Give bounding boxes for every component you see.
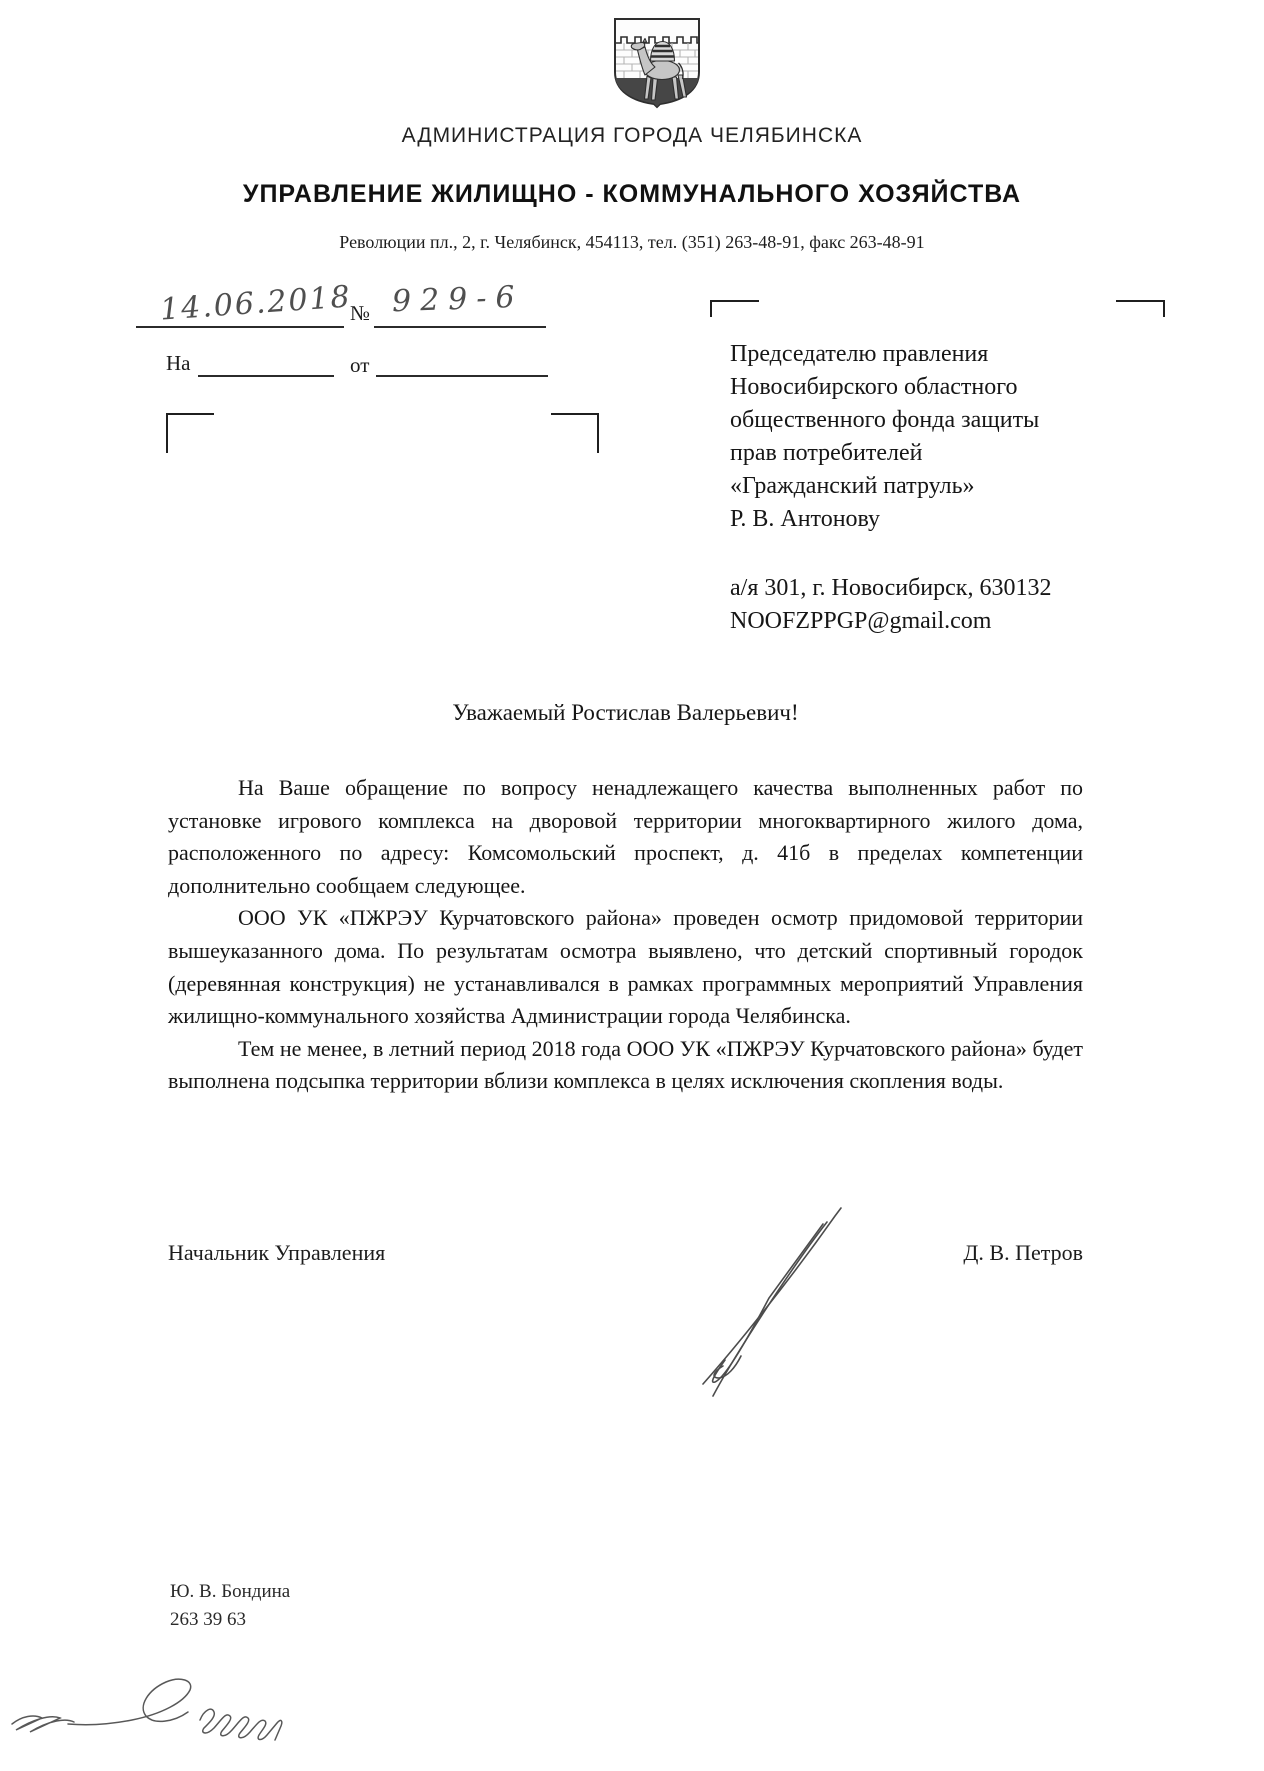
recipient-line: «Гражданский патруль» xyxy=(730,470,1090,503)
letterhead-contact-line: Революции пл., 2, г. Челябинск, 454113, … xyxy=(0,232,1264,253)
body-paragraph: На Ваше обращение по вопросу ненадлежаще… xyxy=(168,772,1083,902)
reply-from-label: от xyxy=(350,353,369,378)
handwritten-outgoing-number: 929-6 xyxy=(391,280,524,320)
reply-number-blank-line xyxy=(198,375,334,377)
recipient-zone-corner-mark-left xyxy=(710,300,759,317)
handwritten-date: 14.06.2018 xyxy=(159,279,353,327)
handwritten-note-scribble-icon xyxy=(4,1662,349,1762)
reply-to-label: На xyxy=(166,351,191,376)
reply-date-blank-line xyxy=(376,375,548,377)
recipient-address-block: Председателю правления Новосибирского об… xyxy=(730,338,1090,638)
number-sign-label: № xyxy=(350,301,370,326)
signatory-position-title: Начальник Управления xyxy=(168,1240,385,1266)
recipient-line: общественного фонда защиты xyxy=(730,404,1090,437)
department-title: УПРАВЛЕНИЕ ЖИЛИЩНО - КОММУНАЛЬНОГО ХОЗЯЙ… xyxy=(0,180,1264,209)
date-blank-line xyxy=(136,326,344,328)
return-zone-corner-mark-left xyxy=(166,413,214,453)
recipient-line: Р. В. Антонову xyxy=(730,503,1090,536)
administration-title: АДМИНИСТРАЦИЯ ГОРОДА ЧЕЛЯБИНСКА xyxy=(0,124,1264,148)
letter-body: На Ваше обращение по вопросу ненадлежаще… xyxy=(168,772,1083,1098)
executor-phone: 263 39 63 xyxy=(170,1606,290,1634)
recipient-line: Новосибирского областного xyxy=(730,371,1090,404)
executor-name: Ю. В. Бондина xyxy=(170,1578,290,1606)
return-zone-corner-mark-right xyxy=(551,413,599,453)
recipient-email-line: NOOFZPPGP@gmail.com xyxy=(730,605,1090,638)
salutation: Уважаемый Ростислав Валерьевич! xyxy=(168,700,1083,726)
signatory-name: Д. В. Петров xyxy=(963,1240,1083,1266)
body-paragraph: Тем не менее, в летний период 2018 года … xyxy=(168,1033,1083,1098)
official-signature-icon xyxy=(695,1198,870,1403)
recipient-line: Председателю правления xyxy=(730,338,1090,371)
recipient-line: прав потребителей xyxy=(730,437,1090,470)
recipient-zone-corner-mark-right xyxy=(1116,300,1165,317)
chelyabinsk-coat-of-arms-icon xyxy=(612,16,702,110)
scanned-letter-page: АДМИНИСТРАЦИЯ ГОРОДА ЧЕЛЯБИНСКА УПРАВЛЕН… xyxy=(0,0,1264,1771)
executor-block: Ю. В. Бондина 263 39 63 xyxy=(170,1578,290,1634)
number-blank-line xyxy=(374,326,546,328)
recipient-postal-line: а/я 301, г. Новосибирск, 630132 xyxy=(730,572,1090,605)
body-paragraph: ООО УК «ПЖРЭУ Курчатовского района» пров… xyxy=(168,902,1083,1032)
